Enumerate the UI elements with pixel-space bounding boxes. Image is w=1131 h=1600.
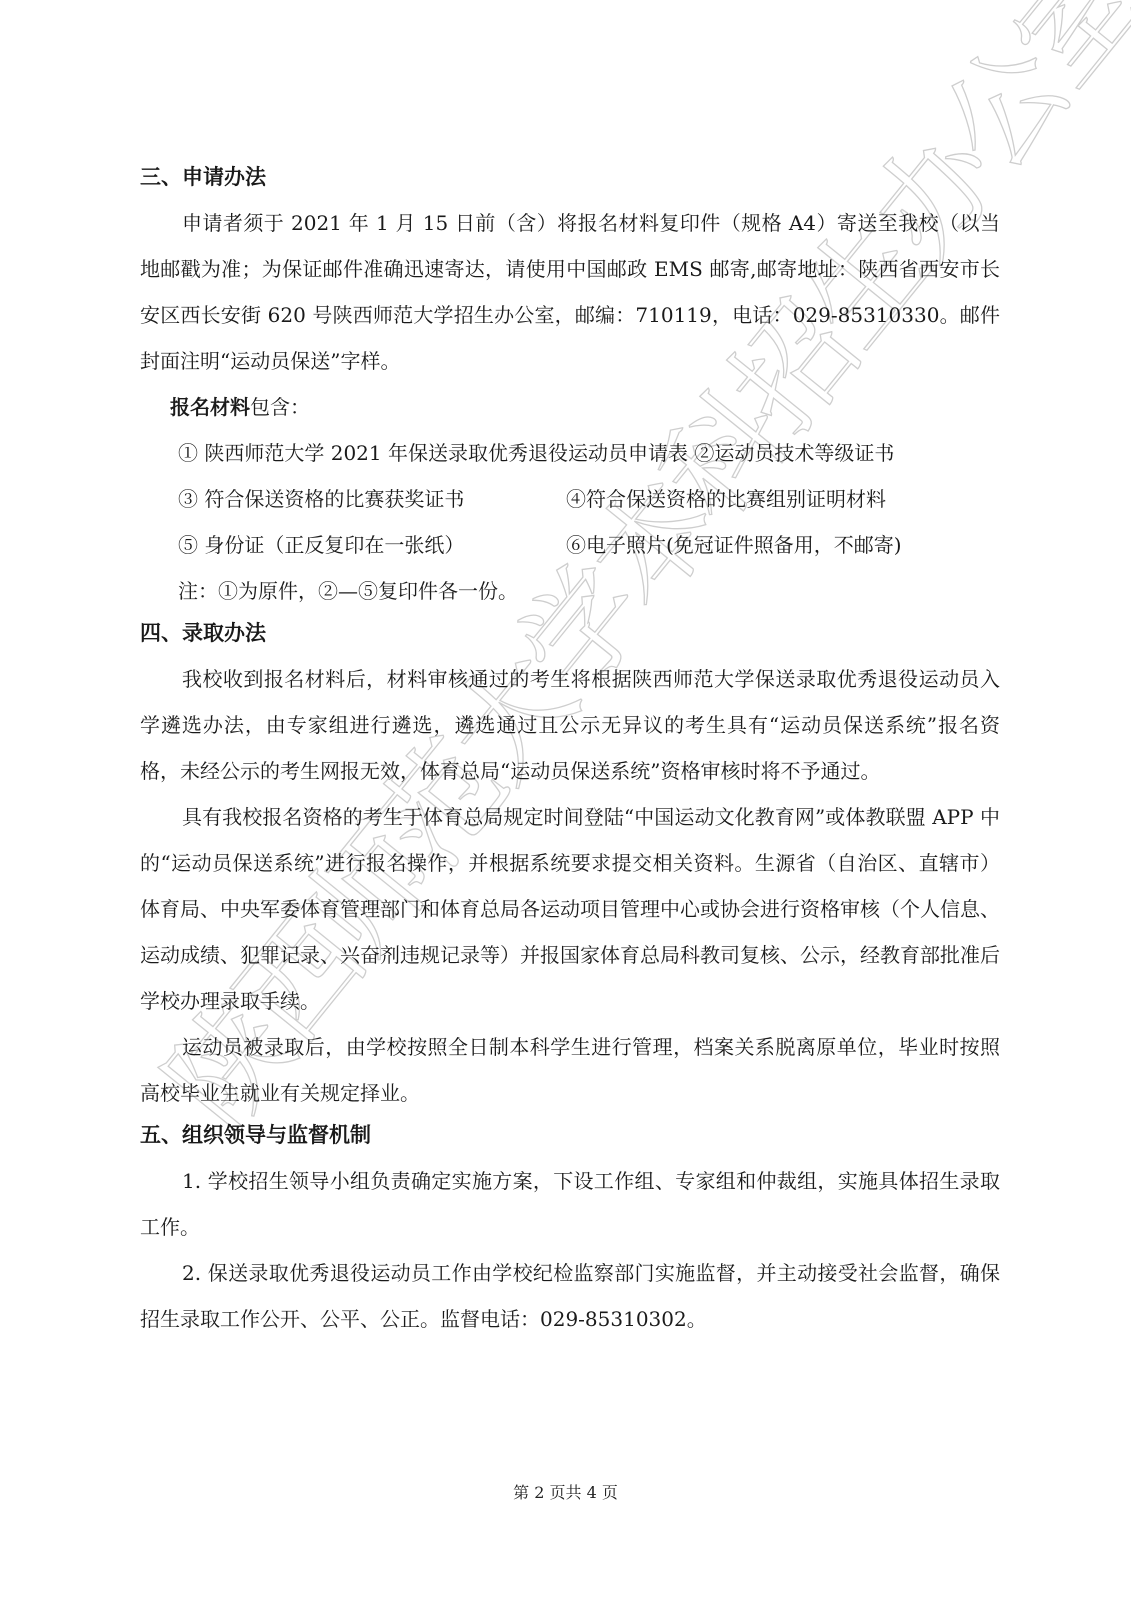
section-heading-application: 三、申请办法 xyxy=(140,158,1000,196)
material-item: ⑥电子照片(免冠证件照备用，不邮寄) xyxy=(566,522,902,568)
document-body: 三、申请办法 申请者须于 2021 年 1 月 15 日前（含）将报名材料复印件… xyxy=(140,158,1000,1342)
supervision-paragraph: 1. 学校招生领导小组负责确定实施方案，下设工作组、专家组和仲裁组，实施具体招生… xyxy=(140,1158,1000,1250)
material-item: ① 陕西师范大学 2021 年保送录取优秀退役运动员申请表 xyxy=(178,430,688,476)
page-number: 第 2 页共 4 页 xyxy=(0,1480,1131,1503)
admission-paragraph: 具有我校报名资格的考生于体育总局规定时间登陆“中国运动文化教育网”或体教联盟 A… xyxy=(140,794,1000,1024)
admission-paragraph: 运动员被录取后，由学校按照全日制本科学生进行管理，档案关系脱离原单位，毕业时按照… xyxy=(140,1024,1000,1116)
materials-row-2: ③ 符合保送资格的比赛获奖证书 ④符合保送资格的比赛组别证明材料 xyxy=(140,476,1000,522)
section-heading-supervision: 五、组织领导与监督机制 xyxy=(140,1116,1000,1154)
supervision-paragraph: 2. 保送录取优秀退役运动员工作由学校纪检监察部门实施监督，并主动接受社会监督，… xyxy=(140,1250,1000,1342)
materials-title: 报名材料包含： xyxy=(140,384,1000,430)
section-heading-admission: 四、录取办法 xyxy=(140,614,1000,652)
materials-note: 注：①为原件，②—⑤复印件各一份。 xyxy=(140,568,1000,614)
admission-paragraph: 我校收到报名材料后，材料审核通过的考生将根据陕西师范大学保送录取优秀退役运动员入… xyxy=(140,656,1000,794)
materials-title-rest: 包含： xyxy=(250,395,310,419)
materials-row-1: ① 陕西师范大学 2021 年保送录取优秀退役运动员申请表 ②运动员技术等级证书 xyxy=(140,430,1000,476)
material-item: ②运动员技术等级证书 xyxy=(694,430,894,476)
material-item: ④符合保送资格的比赛组别证明材料 xyxy=(566,476,886,522)
application-paragraph: 申请者须于 2021 年 1 月 15 日前（含）将报名材料复印件（规格 A4）… xyxy=(140,200,1000,384)
material-item: ⑤ 身份证（正反复印在一张纸） xyxy=(178,522,566,568)
materials-title-bold: 报名材料 xyxy=(170,395,250,419)
document-page: 陕西师范大学本科招生办公室 三、申请办法 申请者须于 2021 年 1 月 15… xyxy=(0,0,1131,1600)
material-item: ③ 符合保送资格的比赛获奖证书 xyxy=(178,476,566,522)
materials-row-3: ⑤ 身份证（正反复印在一张纸） ⑥电子照片(免冠证件照备用，不邮寄) xyxy=(140,522,1000,568)
